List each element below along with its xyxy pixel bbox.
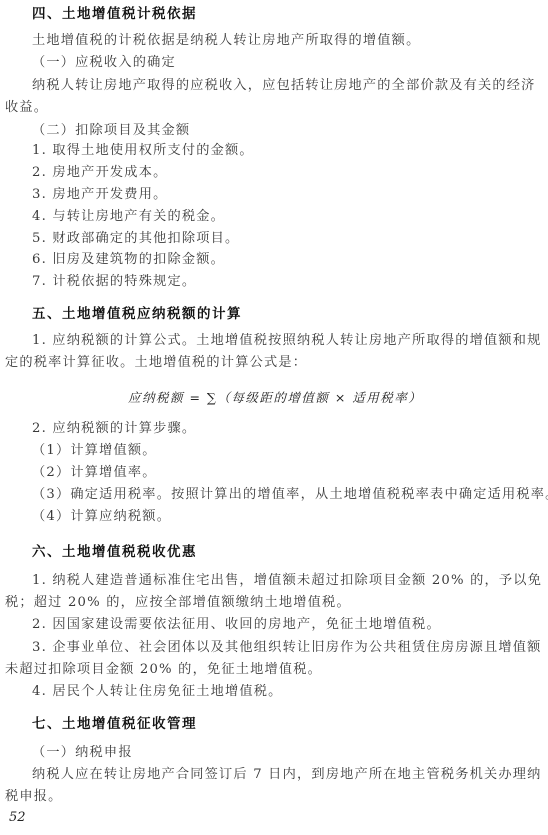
list-item: 3. 房地产开发费用。 — [32, 186, 167, 204]
section-heading: 七、土地增值税征收管理 — [32, 712, 197, 732]
list-item: （1）计算增值额。 — [32, 442, 157, 460]
paragraph: 1. 纳税人建造普通标准住宅出售，增值额未超过扣除项目金额 20% 的，予以免 — [32, 572, 542, 590]
list-item: （3）确定适用税率。按照计算出的增值率，从土地增值税税率表中确定适用税率。 — [32, 486, 548, 504]
paragraph-cont: 定的税率计算征收。土地增值税的计算公式是： — [5, 354, 307, 372]
formula: 应纳税额 = ∑（每级距的增值额 × 适用税率） — [128, 388, 422, 406]
paragraph-cont: 税申报。 — [5, 788, 63, 806]
list-item: 1. 取得土地使用权所支付的金额。 — [32, 142, 254, 160]
subheading: （二）扣除项目及其金额 — [32, 122, 190, 140]
list-item: 5. 财政部确定的其他扣除项目。 — [32, 230, 239, 248]
list-item: 7. 计税依据的特殊规定。 — [32, 273, 196, 291]
paragraph: 3. 企事业单位、社会团体以及其他组织转让旧房作为公共租赁住房房源且增值额 — [32, 639, 542, 657]
section-heading: 四、土地增值税计税依据 — [32, 2, 197, 22]
paragraph-cont: 收益。 — [5, 99, 48, 117]
list-item: 6. 旧房及建筑物的扣除金额。 — [32, 251, 225, 269]
list-item: 4. 与转让房地产有关的税金。 — [32, 208, 225, 226]
paragraph: 土地增值税的计税依据是纳税人转让房地产所取得的增值额。 — [32, 32, 420, 50]
paragraph: 4. 居民个人转让住房免征土地增值税。 — [32, 683, 283, 701]
section-heading: 六、土地增值税税收优惠 — [32, 540, 197, 560]
paragraph: 2. 应纳税额的计算步骤。 — [32, 420, 196, 438]
paragraph-cont: 税；超过 20% 的，应按全部增值额缴纳土地增值税。 — [5, 594, 351, 612]
paragraph: 1. 应纳税额的计算公式。土地增值税按照纳税人转让房地产所取得的增值额和规 — [32, 332, 542, 350]
list-item: 2. 房地产开发成本。 — [32, 164, 167, 182]
list-item: （4）计算应纳税额。 — [32, 508, 171, 526]
subheading: （一）应税收入的确定 — [32, 54, 176, 72]
paragraph: 纳税人转让房地产取得的应税收入，应包括转让房地产的全部价款及有关的经济 — [32, 77, 536, 95]
subheading: （一）纳税申报 — [32, 744, 133, 762]
paragraph-cont: 未超过扣除项目金额 20% 的，免征土地增值税。 — [5, 661, 322, 679]
list-item: （2）计算增值率。 — [32, 464, 157, 482]
section-heading: 五、土地增值税应纳税额的计算 — [32, 302, 242, 322]
page-number: 52 — [9, 810, 26, 825]
paragraph: 2. 因国家建设需要依法征用、收回的房地产，免征土地增值税。 — [32, 616, 441, 634]
paragraph: 纳税人应在转让房地产合同签订后 7 日内，到房地产所在地主管税务机关办理纳 — [32, 766, 542, 784]
